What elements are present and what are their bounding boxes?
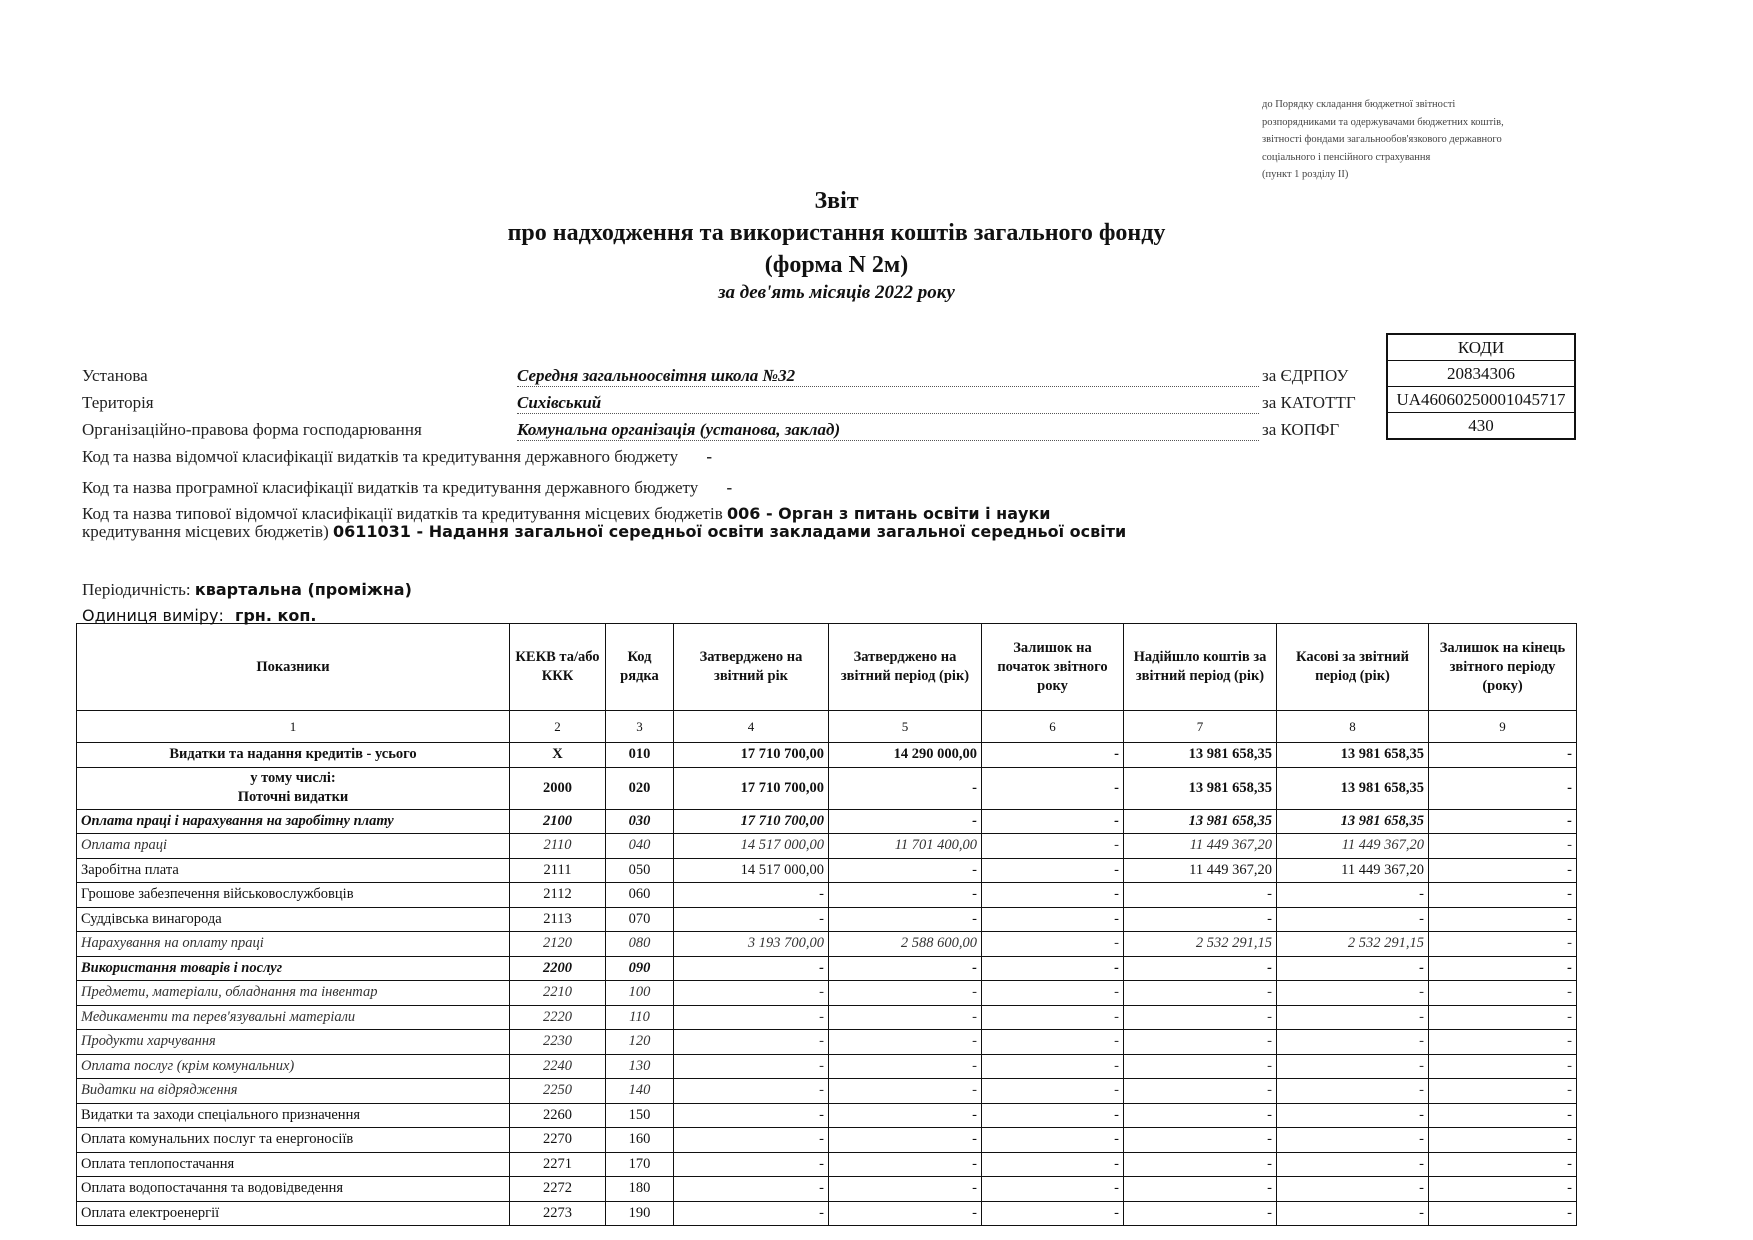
indicator-cell: Оплата комунальних послуг та енергоносії…	[77, 1128, 510, 1153]
approved-period-cell: -	[829, 1079, 982, 1104]
received-cell: 11 449 367,20	[1124, 858, 1277, 883]
col-index: 5	[829, 711, 982, 743]
received-cell: -	[1124, 956, 1277, 981]
table-row: Використання товарів і послуг2200090----…	[77, 956, 1577, 981]
approved-year-cell: -	[674, 981, 829, 1006]
approved-period-cell: -	[829, 956, 982, 981]
approved-period-cell: 14 290 000,00	[829, 743, 982, 768]
col-header-balance-start: Залишок на початок звітного року	[982, 624, 1124, 711]
indicator-cell: Оплата праці	[77, 834, 510, 859]
report-subtitle: про надходження та використання коштів з…	[0, 220, 1713, 247]
periodicity-label: Періодичність:	[82, 580, 191, 599]
kekv-cell: 2113	[510, 907, 606, 932]
cash-cell: -	[1277, 1005, 1429, 1030]
row-code-cell: 140	[606, 1079, 674, 1104]
balance-start-cell: -	[982, 981, 1124, 1006]
territory-value: Сихівський	[517, 393, 1259, 414]
table-row: Предмети, матеріали, обладнання та інвен…	[77, 981, 1577, 1006]
approved-period-cell: 11 701 400,00	[829, 834, 982, 859]
col-header-approved-year: Затверджено на звітний рік	[674, 624, 829, 711]
balance-end-cell: -	[1429, 907, 1577, 932]
approved-period-cell: -	[829, 858, 982, 883]
approved-period-cell: -	[829, 809, 982, 834]
indicator-cell: Продукти харчування	[77, 1030, 510, 1055]
kekv-cell: 2230	[510, 1030, 606, 1055]
kekv-cell: 2200	[510, 956, 606, 981]
program-classification-value: -	[726, 478, 732, 497]
approved-period-cell: -	[829, 767, 982, 809]
row-code-cell: 080	[606, 932, 674, 957]
note-line: розпорядниками та одержувачами бюджетних…	[1262, 114, 1592, 132]
table-body: Видатки та надання кредитів - усьогоX010…	[77, 743, 1577, 1226]
approved-period-cell: -	[829, 907, 982, 932]
cash-cell: -	[1277, 981, 1429, 1006]
balance-end-cell: -	[1429, 1030, 1577, 1055]
row-code-cell: 160	[606, 1128, 674, 1153]
institution-label: Установа	[82, 366, 148, 386]
indicator-cell: у тому числі:Поточні видатки	[77, 767, 510, 809]
received-cell: 11 449 367,20	[1124, 834, 1277, 859]
approved-period-cell: -	[829, 1054, 982, 1079]
row-code-cell: 060	[606, 883, 674, 908]
received-cell: -	[1124, 1054, 1277, 1079]
balance-end-cell: -	[1429, 1177, 1577, 1202]
cash-cell: -	[1277, 1201, 1429, 1226]
program-classification: Код та назва програмної класифікації вид…	[82, 478, 732, 498]
received-cell: -	[1124, 1152, 1277, 1177]
indicator-cell: Оплата праці і нарахування на заробітну …	[77, 809, 510, 834]
approved-period-cell: -	[829, 1005, 982, 1030]
cash-cell: -	[1277, 1128, 1429, 1153]
legal-form-value: Комунальна організація (установа, заклад…	[517, 420, 1259, 441]
balance-end-cell: -	[1429, 809, 1577, 834]
report-period: за дев'ять місяців 2022 року	[0, 282, 1713, 304]
approved-year-cell: -	[674, 1201, 829, 1226]
table-row: Медикаменти та перев'язувальні матеріали…	[77, 1005, 1577, 1030]
kekv-cell: 2111	[510, 858, 606, 883]
indicator-cell: Використання товарів і послуг	[77, 956, 510, 981]
table-row: Видатки на відрядження2250140------	[77, 1079, 1577, 1104]
cash-cell: -	[1277, 956, 1429, 981]
row-code-cell: 040	[606, 834, 674, 859]
balance-end-cell: -	[1429, 981, 1577, 1006]
received-cell: -	[1124, 907, 1277, 932]
table-row: Оплата водопостачання та водовідведення2…	[77, 1177, 1577, 1202]
kekv-cell: 2240	[510, 1054, 606, 1079]
indicator-cell: Заробітна плата	[77, 858, 510, 883]
approved-year-cell: -	[674, 1177, 829, 1202]
approved-period-cell: 2 588 600,00	[829, 932, 982, 957]
col-index: 6	[982, 711, 1124, 743]
cash-cell: -	[1277, 1103, 1429, 1128]
kopfg-code: 430	[1388, 412, 1574, 438]
table-row: Продукти харчування2230120------	[77, 1030, 1577, 1055]
report-title: Звіт	[0, 188, 1713, 215]
row-code-cell: 150	[606, 1103, 674, 1128]
row-code-cell: 120	[606, 1030, 674, 1055]
approved-year-cell: -	[674, 956, 829, 981]
legal-form-label: Організаційно-правова форма господарюван…	[82, 420, 422, 440]
col-index: 3	[606, 711, 674, 743]
approved-period-cell: -	[829, 1030, 982, 1055]
indicator-line: Поточні видатки	[81, 788, 505, 807]
balance-end-cell: -	[1429, 834, 1577, 859]
indicator-cell: Оплата послуг (крім комунальних)	[77, 1054, 510, 1079]
kekv-cell: 2273	[510, 1201, 606, 1226]
dept-classification: Код та назва відомчої класифікації видат…	[82, 447, 712, 467]
balance-start-cell: -	[982, 1128, 1124, 1153]
territory-label: Територія	[82, 393, 154, 413]
kekv-cell: 2120	[510, 932, 606, 957]
indicator-cell: Видатки на відрядження	[77, 1079, 510, 1104]
kopfg-label: за КОПФГ	[1262, 420, 1339, 440]
balance-start-cell: -	[982, 1201, 1124, 1226]
table-row: Оплата теплопостачання2271170------	[77, 1152, 1577, 1177]
row-code-cell: 130	[606, 1054, 674, 1079]
received-cell: 2 532 291,15	[1124, 932, 1277, 957]
received-cell: 13 981 658,35	[1124, 809, 1277, 834]
table-row: Оплата праці і нарахування на заробітну …	[77, 809, 1577, 834]
codes-header: КОДИ	[1388, 335, 1574, 360]
row-code-cell: 010	[606, 743, 674, 768]
codes-box: КОДИ 20834306 UA46060250001045717 430	[1386, 333, 1576, 440]
typical-classification-label: Код та назва типової відомчої класифікац…	[82, 504, 723, 523]
balance-end-cell: -	[1429, 1128, 1577, 1153]
received-cell: -	[1124, 1177, 1277, 1202]
balance-end-cell: -	[1429, 1152, 1577, 1177]
approved-year-cell: 14 517 000,00	[674, 858, 829, 883]
cash-cell: 11 449 367,20	[1277, 834, 1429, 859]
received-cell: 13 981 658,35	[1124, 743, 1277, 768]
col-index: 4	[674, 711, 829, 743]
balance-end-cell: -	[1429, 858, 1577, 883]
balance-start-cell: -	[982, 1177, 1124, 1202]
col-header-balance-end: Залишок на кінець звітного періоду (року…	[1429, 624, 1577, 711]
approved-year-cell: -	[674, 1030, 829, 1055]
indicator-cell: Суддівська винагорода	[77, 907, 510, 932]
col-header-received: Надійшло коштів за звітний період (рік)	[1124, 624, 1277, 711]
received-cell: -	[1124, 1079, 1277, 1104]
typical-classification-label-2: кредитування місцевих бюджетів)	[82, 522, 329, 541]
balance-start-cell: -	[982, 858, 1124, 883]
received-cell: -	[1124, 883, 1277, 908]
cash-cell: 13 981 658,35	[1277, 809, 1429, 834]
approved-year-cell: 17 710 700,00	[674, 767, 829, 809]
kekv-cell: 2270	[510, 1128, 606, 1153]
row-code-cell: 050	[606, 858, 674, 883]
indicator-cell: Видатки та надання кредитів - усього	[77, 743, 510, 768]
balance-end-cell: -	[1429, 1054, 1577, 1079]
balance-start-cell: -	[982, 809, 1124, 834]
approved-year-cell: -	[674, 1152, 829, 1177]
indicator-cell: Нарахування на оплату праці	[77, 932, 510, 957]
program-classification-label: Код та назва програмної класифікації вид…	[82, 478, 698, 497]
balance-start-cell: -	[982, 1030, 1124, 1055]
row-code-cell: 180	[606, 1177, 674, 1202]
edrpou-label: за ЄДРПОУ	[1262, 366, 1348, 386]
table-row: Заробітна плата211105014 517 000,00--11 …	[77, 858, 1577, 883]
balance-start-cell: -	[982, 743, 1124, 768]
balance-start-cell: -	[982, 883, 1124, 908]
approved-year-cell: -	[674, 1054, 829, 1079]
col-index: 2	[510, 711, 606, 743]
balance-end-cell: -	[1429, 883, 1577, 908]
col-header-approved-period: Затверджено на звітний період (рік)	[829, 624, 982, 711]
received-cell: -	[1124, 1103, 1277, 1128]
kekv-cell: 2220	[510, 1005, 606, 1030]
table-row: Оплата праці211004014 517 000,0011 701 4…	[77, 834, 1577, 859]
kekv-cell: 2260	[510, 1103, 606, 1128]
approved-year-cell: -	[674, 1128, 829, 1153]
kekv-cell: 2210	[510, 981, 606, 1006]
col-index: 1	[77, 711, 510, 743]
typical-classification-line-2: кредитування місцевих бюджетів) 0611031 …	[82, 522, 1126, 542]
dept-classification-value: -	[706, 447, 712, 466]
cash-cell: -	[1277, 1079, 1429, 1104]
cash-cell: 13 981 658,35	[1277, 767, 1429, 809]
typical-classification-line-1: Код та назва типової відомчої класифікац…	[82, 504, 1051, 524]
kekv-cell: X	[510, 743, 606, 768]
approved-year-cell: -	[674, 1103, 829, 1128]
row-code-cell: 170	[606, 1152, 674, 1177]
row-code-cell: 100	[606, 981, 674, 1006]
kekv-cell: 2272	[510, 1177, 606, 1202]
balance-start-cell: -	[982, 1103, 1124, 1128]
approved-year-cell: -	[674, 883, 829, 908]
row-code-cell: 110	[606, 1005, 674, 1030]
report-form-number: (форма N 2м)	[0, 252, 1713, 279]
indicator-cell: Оплата водопостачання та водовідведення	[77, 1177, 510, 1202]
row-code-cell: 090	[606, 956, 674, 981]
dept-classification-label: Код та назва відомчої класифікації видат…	[82, 447, 678, 466]
institution-value: Середня загальноосвітня школа №32	[517, 366, 1259, 387]
cash-cell: -	[1277, 883, 1429, 908]
col-header-row-code: Код рядка	[606, 624, 674, 711]
approved-year-cell: 3 193 700,00	[674, 932, 829, 957]
cash-cell: -	[1277, 1177, 1429, 1202]
kekv-cell: 2110	[510, 834, 606, 859]
table-row: у тому числі:Поточні видатки200002017 71…	[77, 767, 1577, 809]
balance-end-cell: -	[1429, 1201, 1577, 1226]
regulation-note: до Порядку складання бюджетної звітності…	[1262, 96, 1592, 184]
indicator-cell: Грошове забезпечення військовослужбовців	[77, 883, 510, 908]
col-index: 7	[1124, 711, 1277, 743]
indicator-cell: Оплата електроенергії	[77, 1201, 510, 1226]
table-row: Грошове забезпечення військовослужбовців…	[77, 883, 1577, 908]
balance-end-cell: -	[1429, 956, 1577, 981]
row-code-cell: 020	[606, 767, 674, 809]
approved-period-cell: -	[829, 981, 982, 1006]
typical-classification-value-2: 0611031 - Надання загальної середньої ос…	[333, 522, 1126, 541]
received-cell: 13 981 658,35	[1124, 767, 1277, 809]
cash-cell: 2 532 291,15	[1277, 932, 1429, 957]
table-row: Видатки та заходи спеціального призначен…	[77, 1103, 1577, 1128]
edrpou-code: 20834306	[1388, 360, 1574, 386]
col-header-indicators: Показники	[77, 624, 510, 711]
balance-start-cell: -	[982, 767, 1124, 809]
received-cell: -	[1124, 1005, 1277, 1030]
balance-start-cell: -	[982, 907, 1124, 932]
balance-end-cell: -	[1429, 1103, 1577, 1128]
table-row: Нарахування на оплату праці21200803 193 …	[77, 932, 1577, 957]
col-header-cash: Касові за звітний період (рік)	[1277, 624, 1429, 711]
approved-year-cell: 17 710 700,00	[674, 743, 829, 768]
kekv-cell: 2000	[510, 767, 606, 809]
periodicity-value: квартальна (проміжна)	[195, 580, 412, 599]
indicator-cell: Оплата теплопостачання	[77, 1152, 510, 1177]
col-header-kekv: КЕКВ та/або ККК	[510, 624, 606, 711]
cash-cell: 13 981 658,35	[1277, 743, 1429, 768]
balance-start-cell: -	[982, 1005, 1124, 1030]
approved-period-cell: -	[829, 883, 982, 908]
balance-start-cell: -	[982, 956, 1124, 981]
table-row: Оплата електроенергії2273190------	[77, 1201, 1577, 1226]
balance-end-cell: -	[1429, 767, 1577, 809]
balance-start-cell: -	[982, 1079, 1124, 1104]
approved-period-cell: -	[829, 1103, 982, 1128]
indicator-cell: Видатки та заходи спеціального призначен…	[77, 1103, 510, 1128]
received-cell: -	[1124, 1030, 1277, 1055]
cash-cell: -	[1277, 1030, 1429, 1055]
indicator-cell: Предмети, матеріали, обладнання та інвен…	[77, 981, 510, 1006]
cash-cell: 11 449 367,20	[1277, 858, 1429, 883]
balance-end-cell: -	[1429, 1005, 1577, 1030]
col-index: 9	[1429, 711, 1577, 743]
approved-year-cell: -	[674, 1079, 829, 1104]
note-line: (пункт 1 розділу II)	[1262, 166, 1592, 184]
approved-period-cell: -	[829, 1128, 982, 1153]
table-index-row: 1 2 3 4 5 6 7 8 9	[77, 711, 1577, 743]
table-row: Суддівська винагорода2113070------	[77, 907, 1577, 932]
received-cell: -	[1124, 1128, 1277, 1153]
balance-end-cell: -	[1429, 932, 1577, 957]
table-row: Оплата послуг (крім комунальних)2240130-…	[77, 1054, 1577, 1079]
table-row: Оплата комунальних послуг та енергоносії…	[77, 1128, 1577, 1153]
cash-cell: -	[1277, 1152, 1429, 1177]
approved-period-cell: -	[829, 1201, 982, 1226]
approved-period-cell: -	[829, 1152, 982, 1177]
row-code-cell: 070	[606, 907, 674, 932]
kekv-cell: 2250	[510, 1079, 606, 1104]
periodicity: Періодичність: квартальна (проміжна)	[82, 580, 412, 600]
approved-year-cell: -	[674, 907, 829, 932]
row-code-cell: 030	[606, 809, 674, 834]
typical-classification-value: 006 - Орган з питань освіти і науки	[727, 504, 1051, 523]
approved-year-cell: 17 710 700,00	[674, 809, 829, 834]
balance-end-cell: -	[1429, 743, 1577, 768]
note-line: соціального і пенсійного страхування	[1262, 149, 1592, 167]
approved-period-cell: -	[829, 1177, 982, 1202]
col-index: 8	[1277, 711, 1429, 743]
row-code-cell: 190	[606, 1201, 674, 1226]
report-table: Показники КЕКВ та/або ККК Код рядка Затв…	[76, 623, 1577, 1226]
balance-start-cell: -	[982, 1054, 1124, 1079]
indicator-cell: Медикаменти та перев'язувальні матеріали	[77, 1005, 510, 1030]
table-header-row: Показники КЕКВ та/або ККК Код рядка Затв…	[77, 624, 1577, 711]
note-line: до Порядку складання бюджетної звітності	[1262, 96, 1592, 114]
kekv-cell: 2271	[510, 1152, 606, 1177]
balance-start-cell: -	[982, 834, 1124, 859]
balance-start-cell: -	[982, 932, 1124, 957]
cash-cell: -	[1277, 907, 1429, 932]
balance-start-cell: -	[982, 1152, 1124, 1177]
indicator-line: у тому числі:	[81, 769, 505, 788]
approved-year-cell: -	[674, 1005, 829, 1030]
approved-year-cell: 14 517 000,00	[674, 834, 829, 859]
table-row: Видатки та надання кредитів - усьогоX010…	[77, 743, 1577, 768]
cash-cell: -	[1277, 1054, 1429, 1079]
katottg-code: UA46060250001045717	[1388, 386, 1574, 412]
received-cell: -	[1124, 981, 1277, 1006]
received-cell: -	[1124, 1201, 1277, 1226]
kekv-cell: 2100	[510, 809, 606, 834]
katottg-label: за КАТОТТГ	[1262, 393, 1356, 413]
note-line: звітності фондами загальнообов'язкового …	[1262, 131, 1592, 149]
balance-end-cell: -	[1429, 1079, 1577, 1104]
kekv-cell: 2112	[510, 883, 606, 908]
